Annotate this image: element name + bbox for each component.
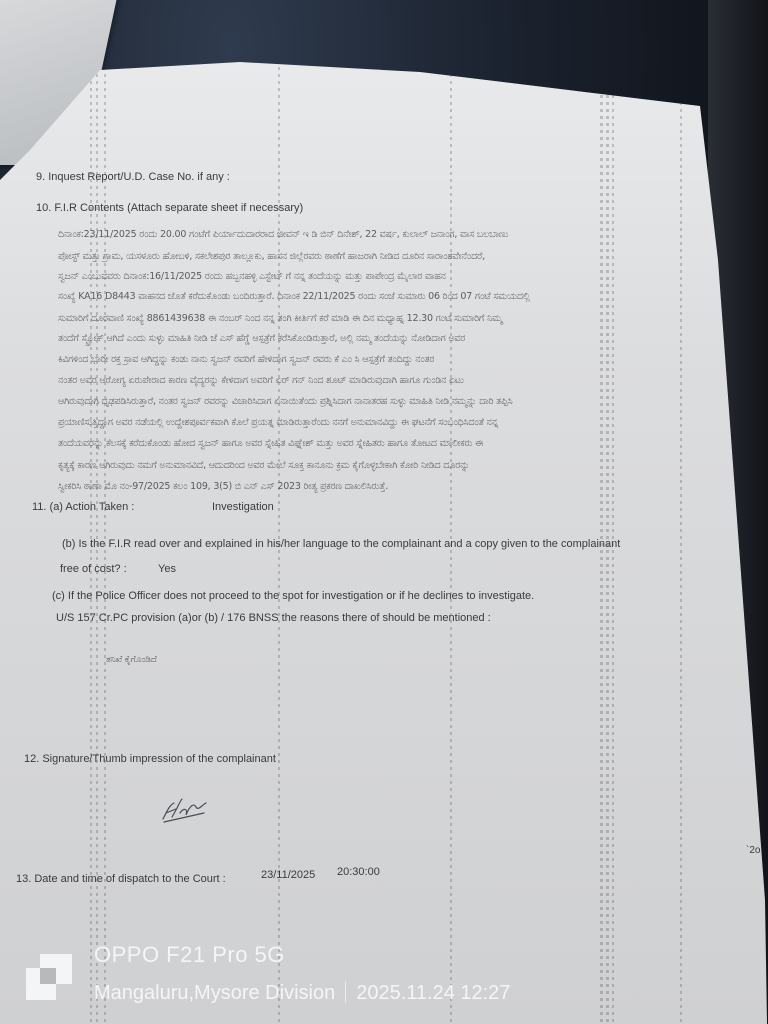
fir-contents-line: ನಂತರ ಅವರ ಆರೋಗ್ಯ ಏರುಪೇರಾದ ಕಾರಣ ವೈದ್ಯರನ್ನು… [58,375,464,386]
item-9-inquest-report: 9. Inquest Report/U.D. Case No. if any : [36,171,230,183]
item-13-dispatch-label: 13. Date and time of dispatch to the Cou… [16,873,226,885]
fir-contents-line: ದಿನಾಂಕ:23/11/2025 ರಂದು 20.00 ಗಂಟೆಗೆ ಪಿರ್… [58,229,508,240]
item-13-dispatch-date: 23/11/2025 [261,869,315,881]
margin-mark: `2o [746,845,760,856]
item-11b-label-cont: free of cost? : [60,563,127,575]
fir-contents-line: ಸಂಖ್ಯೆ KA16 D8443 ವಾಹನದ ಜೊತೆ ಕರೆದುಕೊಂಡು … [58,291,530,302]
fir-contents-line: ಪ್ರಯಾಣಿಸುತ್ತಿದ್ದಾಗ ಅವರ ನಡೆಯಲ್ಲಿ ಉದ್ದೇಶಪೂ… [58,417,498,428]
item-11c-label-cont: U/S 157 Cr.PC provision (a)or (b) / 176 … [56,612,491,624]
camera-brand-logo-icon [26,954,72,1000]
fir-contents-line: ಸ್ವೀಕರಿಸಿ ಠಾಣಾ ಮೊ ನಂ-97/2025 ಕಲಂ 109, 3(… [58,481,388,492]
fir-contents-line: ಪೋಸ್ಟ್ ಮತ್ತು ಗ್ರಾಮ, ಯಸಳೂರು ಹೋಬಳಿ, ಸಕಲೇಶಪ… [58,251,485,262]
fir-contents-line: ತಂದೆಯವರನ್ನು ಕೆಲಸಕ್ಕೆ ಕರೆದುಕೊಂಡು ಹೋದ ಸ್ವಜ… [58,438,483,449]
fir-contents-line: ಕೃತ್ಯಕ್ಕೆ ಕಾರಣ ಆಗಿರುವುದು ನಮಗೆ ಅನುಮಾನವಿದೆ… [58,460,470,471]
watermark-location-time: Mangaluru,Mysore Division2025.11.24 12:2… [94,982,510,1005]
item-12-signature-label: 12. Signature/Thumb impression of the co… [24,753,276,765]
print-streak [680,60,682,1024]
item-13-dispatch-time: 20:30:00 [337,866,380,878]
item-11a-label: 11. (a) Action Taken : [32,501,134,513]
fir-contents-line: ಕಿವಿಗಳಿಂದ ಭಾರೀ ರಕ್ತ ಸ್ರಾವ ಆಗಿದ್ದನ್ನು ಕಂಡ… [58,354,434,365]
watermark-location: Mangaluru,Mysore Division [94,982,335,1004]
fir-contents-line: ತಂದೆಗೆ ಸ್ಟ್ರೋಕ್ ಆಗಿದೆ ಎಂದು ಸುಳ್ಳು ಮಾಹಿತಿ… [58,333,465,344]
fir-contents-line: ಆಗಿರುವುದಾಗಿ ದೃಢಪಡಿಸಿರುತ್ತಾರೆ, ನಂತರ ಸ್ವಜನ… [58,396,512,407]
watermark-datetime: 2025.11.24 12:27 [356,982,510,1004]
watermark-device: OPPO F21 Pro 5G [94,942,285,968]
item-11b-value: Yes [158,563,176,575]
item-10-fir-contents-heading: 10. F.I.R Contents (Attach separate shee… [36,202,303,214]
fir-contents-line: ಸುಮಾರಿಗೆ ದೂರವಾಣಿ ಸಂಖ್ಯೆ 8861439638 ಈ ನಂಬ… [58,313,502,324]
item-11a-value: Investigation [212,501,274,513]
item-11b-label: (b) Is the F.I.R read over and explained… [62,538,620,550]
fir-contents-line: ಸ್ವಜನ್ ಎಂಬುವವರು ದಿನಾಂಕ:16/11/2025 ರಂದು ಹ… [58,271,446,282]
item-11c-value: ತನಿಖೆ ಕೈಗೊಂಡಿದೆ [106,655,157,665]
camera-watermark: OPPO F21 Pro 5G Mangaluru,Mysore Divisio… [0,930,768,1024]
complainant-signature [160,795,212,825]
watermark-separator [345,982,346,1002]
item-11c-label: (c) If the Police Officer does not proce… [52,590,534,602]
